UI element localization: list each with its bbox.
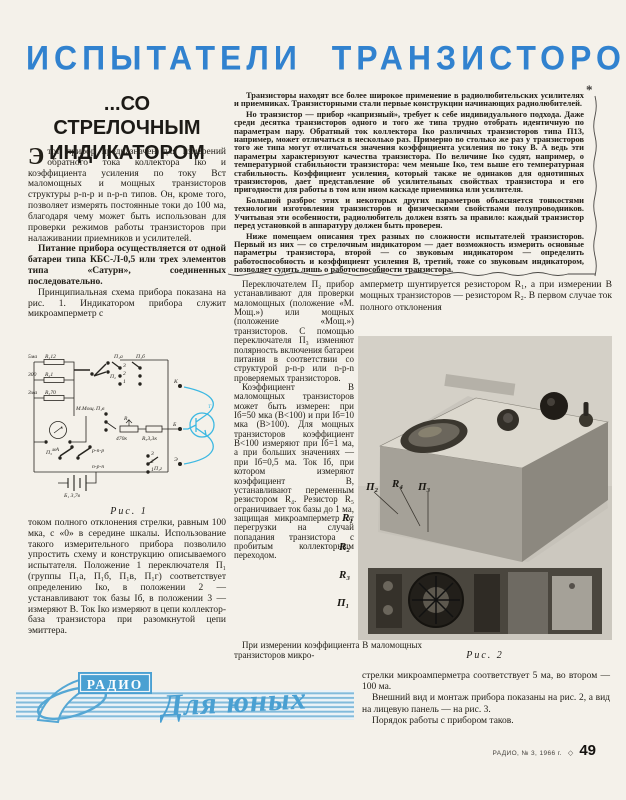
journal-issue: РАДИО, № 3, 1966 г. bbox=[492, 750, 561, 757]
lead-wavy-rule bbox=[226, 84, 606, 284]
schematic-drawing: 5ма R₁12 300 R₂1 3ма R₃70 мА П₂ М.Мощ. П… bbox=[28, 352, 230, 498]
label-p1v: П₁в bbox=[95, 406, 105, 412]
right-column-bottom: стрелки микроамперметра соответствует 5 … bbox=[362, 671, 610, 727]
label-mmosch: М.Мощ. bbox=[75, 406, 95, 412]
label-r5: R₅3,3к bbox=[141, 436, 157, 442]
label-pos2: 2 bbox=[123, 371, 126, 377]
label-p3: П₃ bbox=[45, 450, 52, 456]
label-pos2b: 2 bbox=[151, 459, 154, 465]
body-p1: Этот прибор предназначен для измерений о… bbox=[28, 147, 226, 244]
label-r4: R₄ bbox=[123, 416, 129, 422]
body-p2: Питание прибора осуществляется от одной … bbox=[28, 244, 226, 287]
mid-p2: Коэффициент В маломощных транзисторов мо… bbox=[234, 383, 354, 561]
body-p3: Принципиальная схема прибора показана на… bbox=[28, 288, 226, 320]
label-r2: R₂1 bbox=[44, 372, 53, 378]
page-number: 49 bbox=[579, 742, 596, 759]
right-p2: стрелки микроамперметра соответствует 5 … bbox=[362, 671, 610, 693]
photo-label-p1: П₁ bbox=[337, 597, 349, 609]
photo-label-r3: R₃ bbox=[339, 569, 350, 581]
body-p1-text: тот прибор предназначен для измерений об… bbox=[28, 147, 226, 244]
label-3ma: 3ма bbox=[28, 390, 37, 396]
figure1-caption: Рис. 1 bbox=[28, 506, 230, 517]
label-470k: 470к bbox=[116, 436, 127, 442]
label-p1a: П₁а bbox=[113, 354, 123, 360]
dropcap: Э bbox=[28, 148, 44, 167]
photo-label-p2: П₂ bbox=[366, 481, 378, 493]
photo-label-r2: R₂ bbox=[339, 541, 350, 553]
label-collector: К bbox=[173, 379, 178, 385]
mid-p1: Переключателем П₂ прибор устанавливают д… bbox=[234, 280, 354, 383]
left-column-text: Этот прибор предназначен для измерений о… bbox=[28, 147, 226, 320]
transistor-symbol bbox=[183, 387, 214, 464]
label-battery: Б₁ 3,7в bbox=[63, 493, 81, 498]
right-p4: Порядок работы с прибором таков. bbox=[362, 716, 610, 727]
left-column-text-2: током полного отклонения стрелки, равным… bbox=[28, 518, 226, 637]
right-column-top: амперметр шунтируется резистором R₁, а п… bbox=[360, 280, 612, 314]
label-r1: R₁12 bbox=[44, 354, 56, 360]
diamond-icon: ◇ bbox=[568, 749, 573, 757]
logo-radio-text: РАДИО bbox=[87, 677, 144, 692]
body-p4: током полного отклонения стрелки, равным… bbox=[28, 518, 226, 637]
photo-label-r4: R₄ bbox=[392, 478, 403, 490]
photo-label-r1: R₁ bbox=[342, 512, 353, 524]
label-pos1b: 1 bbox=[151, 467, 154, 473]
figure1-schematic: 5ма R₁12 300 R₂1 3ма R₃70 мА П₂ М.Мощ. П… bbox=[28, 352, 230, 517]
label-pnp: p-n-p bbox=[91, 448, 104, 454]
label-p1g: П₁г bbox=[153, 466, 163, 472]
label-ma: мА bbox=[51, 447, 60, 453]
figure2-caption: Рис. 2 bbox=[358, 650, 612, 661]
magazine-page: ИСПЫТАТЕЛИ ТРАНЗИСТОРОВ ...СО СТРЕЛОЧНЫМ… bbox=[0, 0, 626, 800]
radio-for-young-logo: РАДИО Для юных bbox=[16, 668, 354, 730]
page-title: ИСПЫТАТЕЛИ ТРАНЗИСТОРОВ bbox=[26, 39, 612, 78]
photo-label-p3: П₃ bbox=[418, 481, 430, 493]
label-pos1: 1 bbox=[123, 379, 126, 385]
page-footer: РАДИО, № 3, 1966 г. ◇ 49 bbox=[360, 742, 596, 759]
label-p1b: П₁б bbox=[135, 353, 145, 360]
label-emitter: Э bbox=[174, 457, 178, 463]
middle-column-text: Переключателем П₂ прибор устанавливают д… bbox=[234, 280, 354, 561]
label-base: Б bbox=[172, 422, 177, 428]
label-npn: n-p-n bbox=[92, 464, 104, 470]
label-300: 300 bbox=[28, 372, 37, 378]
subtitle-line1: ...СО СТРЕЛОЧНЫМ bbox=[28, 92, 226, 141]
label-5ma: 5ма bbox=[28, 354, 37, 360]
label-p2: П₂ bbox=[109, 374, 116, 380]
right-p3: Внешний вид и монтаж прибора показаны на… bbox=[362, 693, 610, 715]
label-r3: R₃70 bbox=[44, 390, 56, 396]
label-pos3: 3 bbox=[122, 363, 126, 369]
label-pos3b: 3 bbox=[150, 451, 154, 457]
